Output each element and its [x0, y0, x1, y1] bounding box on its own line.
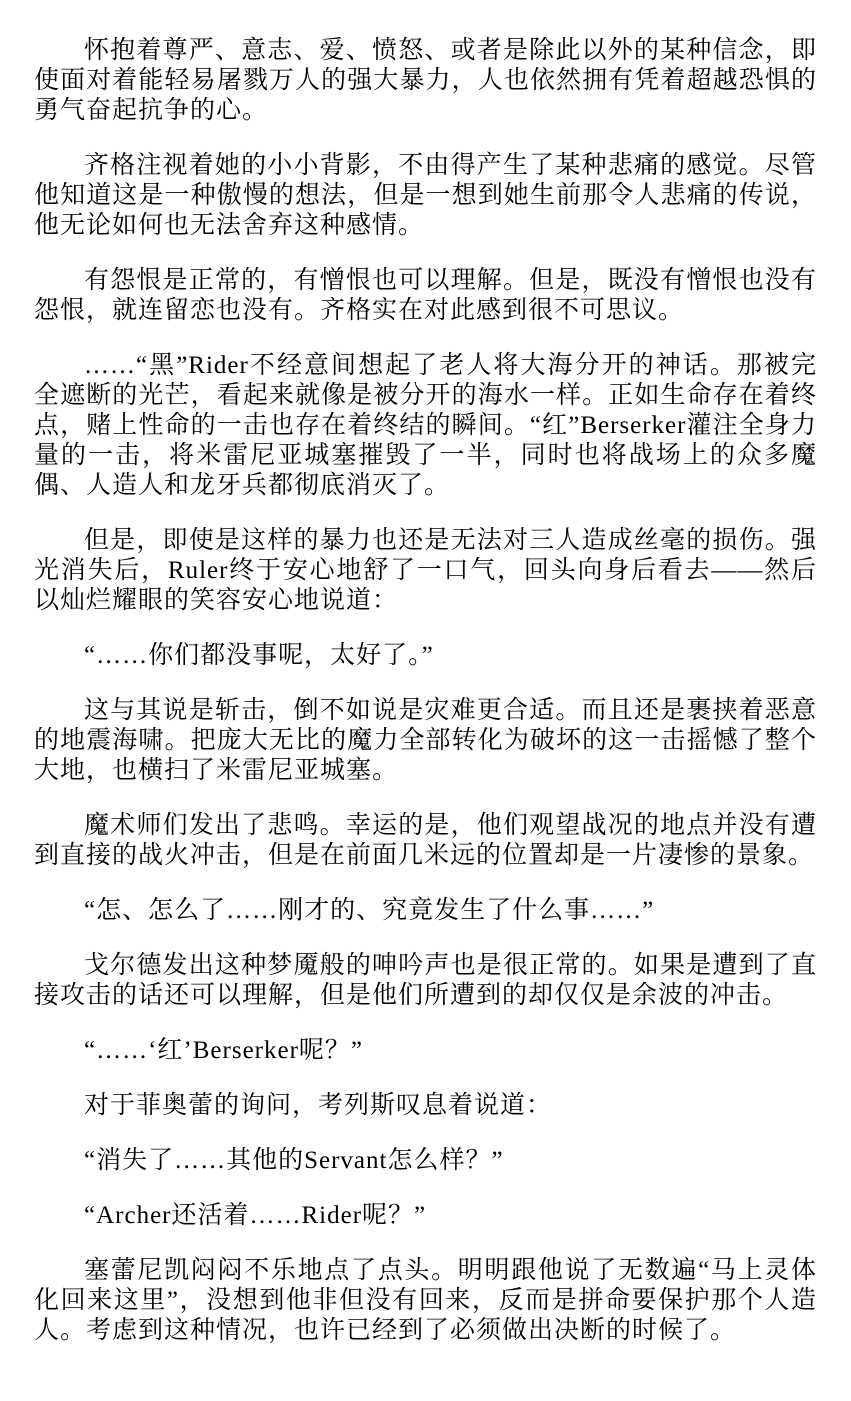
narration-paragraph: 戈尔德发出这种梦魇般的呻吟声也是很正常的。如果是遭到了直接攻击的话还可以理解，但… — [34, 951, 817, 1011]
narration-paragraph: 这与其说是斩击，倒不如说是灾难更合适。而且还是裹挟着恶意的地震海啸。把庞大无比的… — [34, 696, 817, 786]
dialogue-paragraph: “……‘红’Berserker呢？” — [34, 1036, 817, 1066]
dialogue-paragraph: “怎、怎么了……刚才的、究竟发生了什么事……” — [34, 896, 817, 926]
narration-paragraph: ……“黑”Rider不经意间想起了老人将大海分开的神话。那被完全遮断的光芒，看起… — [34, 351, 817, 501]
dialogue-paragraph: “消失了……其他的Servant怎么样？” — [34, 1146, 817, 1176]
novel-page: 怀抱着尊严、意志、爱、愤怒、或者是除此以外的某种信念，即使面对着能轻易屠戮万人的… — [0, 0, 851, 1401]
narration-paragraph: 齐格注视着她的小小背影，不由得产生了某种悲痛的感觉。尽管他知道这是一种傲慢的想法… — [34, 151, 817, 241]
narration-paragraph: 塞蕾尼凯闷闷不乐地点了点头。明明跟他说了无数遍“马上灵体化回来这里”，没想到他非… — [34, 1256, 817, 1346]
narration-paragraph: 魔术师们发出了悲鸣。幸运的是，他们观望战况的地点并没有遭到直接的战火冲击，但是在… — [34, 811, 817, 871]
narration-paragraph: 有怨恨是正常的，有憎恨也可以理解。但是，既没有憎恨也没有怨恨，就连留恋也没有。齐… — [34, 266, 817, 326]
narration-paragraph: 怀抱着尊严、意志、爱、愤怒、或者是除此以外的某种信念，即使面对着能轻易屠戮万人的… — [34, 36, 817, 126]
text-body: 怀抱着尊严、意志、爱、愤怒、或者是除此以外的某种信念，即使面对着能轻易屠戮万人的… — [34, 36, 817, 1346]
narration-paragraph: 但是，即使是这样的暴力也还是无法对三人造成丝毫的损伤。强光消失后，Ruler终于… — [34, 526, 817, 616]
narration-paragraph: 对于菲奥蕾的询问，考列斯叹息着说道： — [34, 1091, 817, 1121]
dialogue-paragraph: “……你们都没事呢，太好了。” — [34, 641, 817, 671]
dialogue-paragraph: “Archer还活着……Rider呢？” — [34, 1201, 817, 1231]
